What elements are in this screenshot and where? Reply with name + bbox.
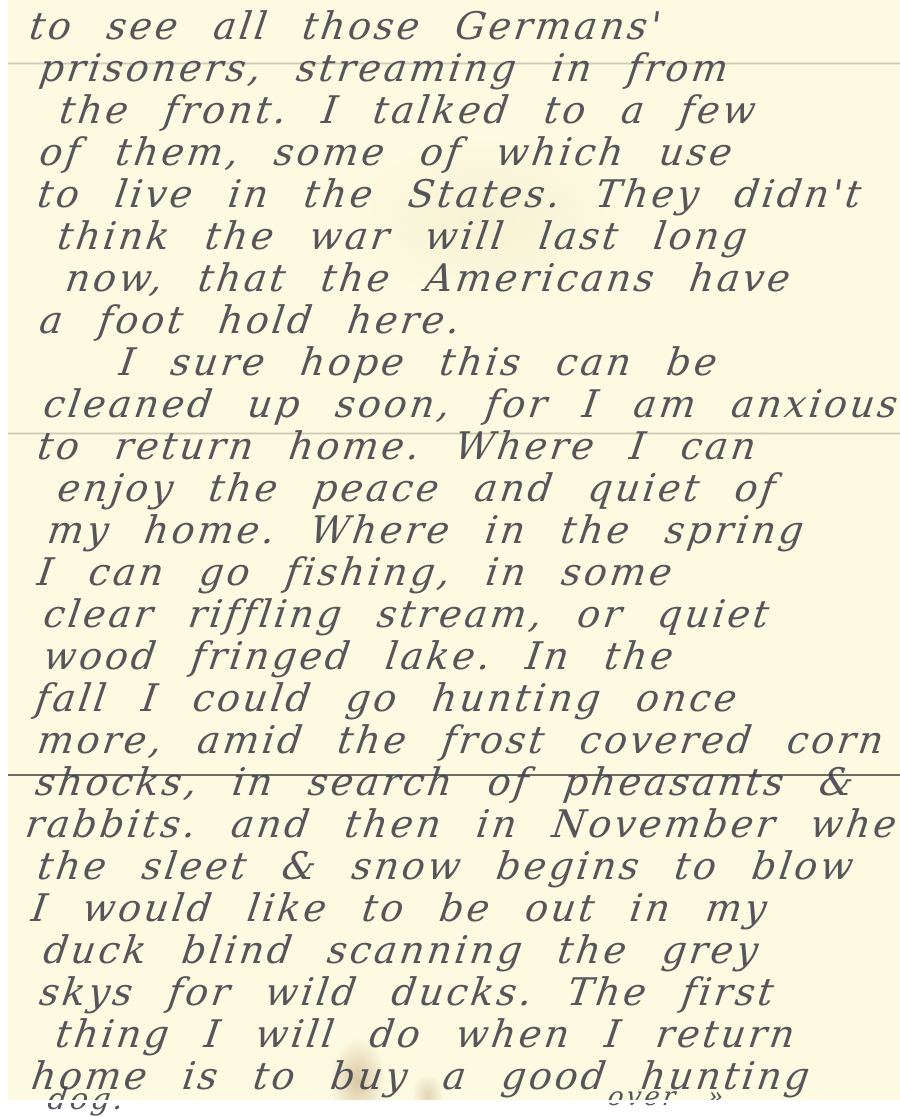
- letter-line: more, amid the frost covered corn: [35, 718, 889, 762]
- letter-line: to see all those Germans': [27, 4, 667, 48]
- letter-line: rabbits. and then in November when: [23, 802, 900, 846]
- letter-line: I can go fishing, in some: [35, 550, 678, 594]
- letter-line: wood fringed lake. In the: [41, 634, 679, 678]
- letter-line: clear riffling stream, or quiet: [41, 592, 775, 636]
- letter-line: the sleet & snow begins to blow: [35, 844, 859, 888]
- letter-line: I would like to be out in my: [29, 886, 773, 930]
- letter-line: enjoy the peace and quiet of: [55, 466, 781, 510]
- letter-line: my home. Where in the spring: [45, 508, 810, 552]
- letter-line: to return home. Where I can: [35, 424, 762, 468]
- letter-line: cleaned up soon, for I am anxious: [41, 382, 900, 426]
- letter-line: the front. I talked to a few: [57, 88, 762, 132]
- letter-line: skys for wild ducks. The first: [37, 970, 779, 1014]
- letter-line: of them, some of which use: [37, 130, 738, 174]
- letter-line: thing I will do when I return: [53, 1012, 801, 1056]
- letter-line: I sure hope this can be: [117, 340, 723, 384]
- letter-line: fall I could go hunting once: [33, 676, 743, 720]
- letter-page: to see all those Germans' prisoners, str…: [8, 0, 900, 1100]
- letter-line: shocks, in search of pheasants &: [33, 760, 860, 804]
- letter-line: now, that the Americans have: [63, 256, 796, 300]
- letter-line: duck blind scanning the grey: [41, 928, 764, 972]
- letter-line: a foot hold here.: [37, 298, 466, 342]
- letter-line: to live in the States. They didn't: [35, 172, 867, 216]
- letter-line: think the war will last long: [55, 214, 753, 258]
- letter-line: prisoners, streaming in from: [37, 46, 734, 90]
